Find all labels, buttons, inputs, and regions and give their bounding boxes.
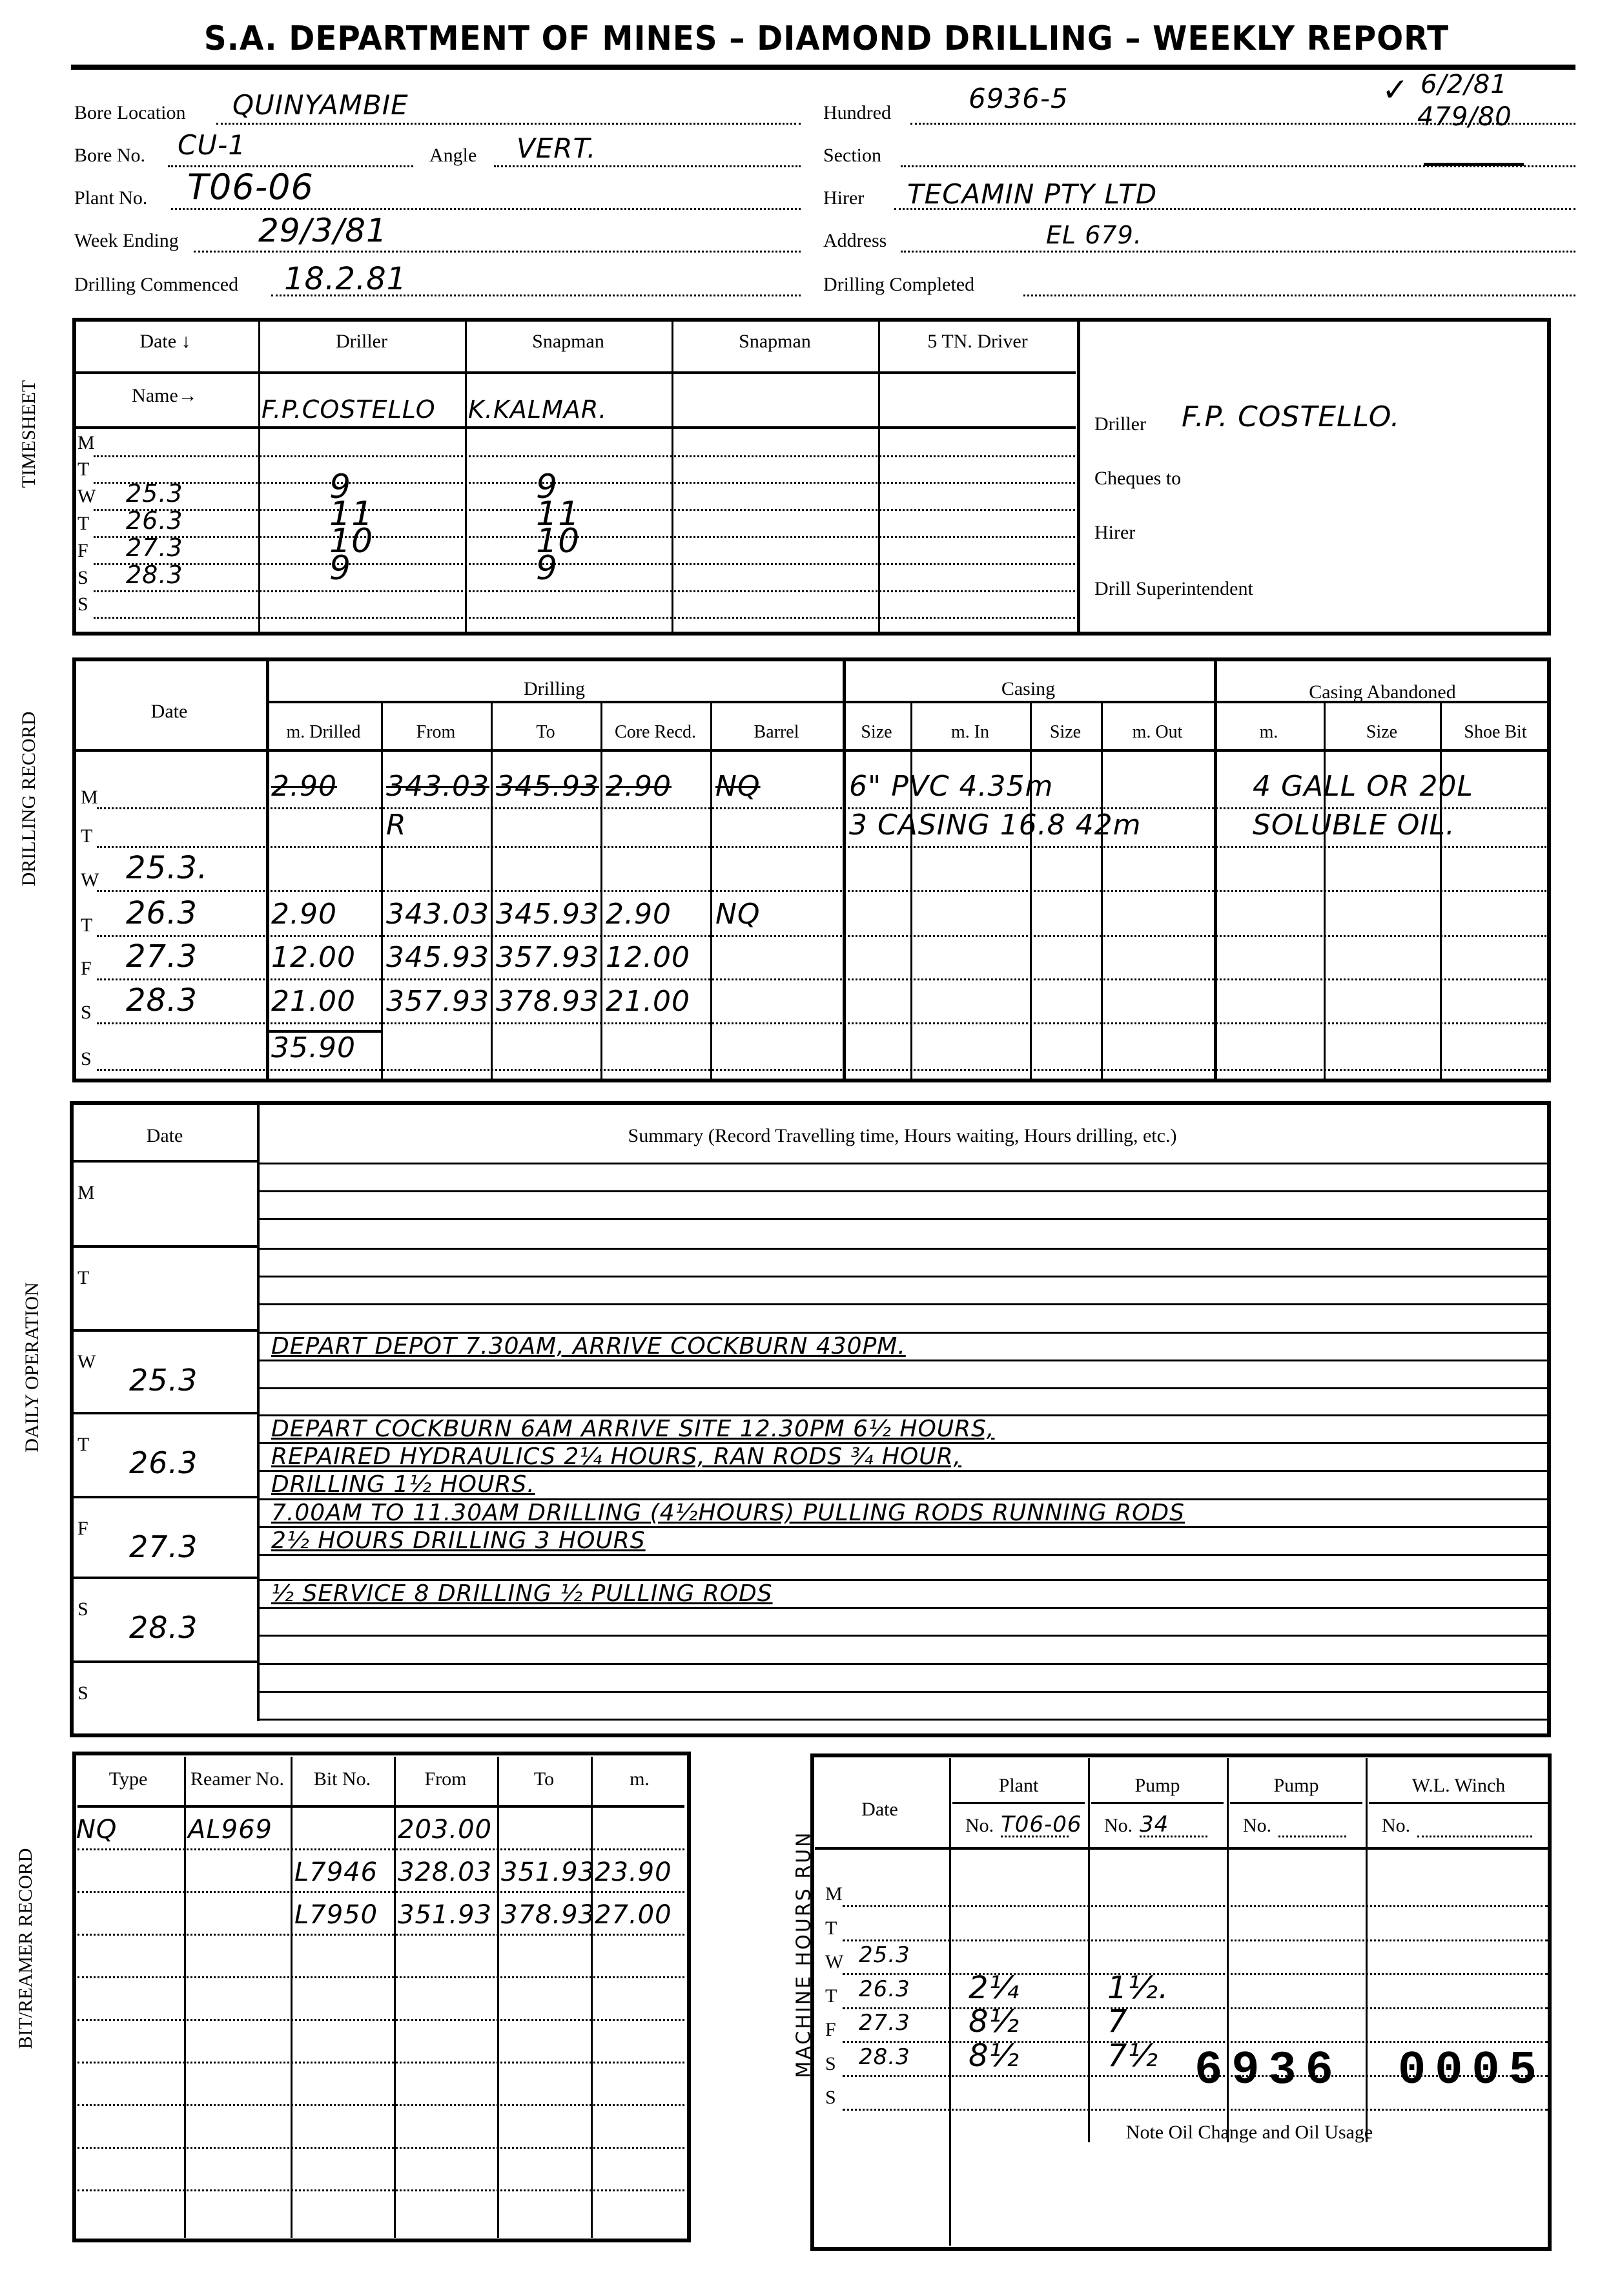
ts-superintendent-label: Drill Superintendent [1094,578,1253,600]
dr-date-field[interactable]: 25.3. [126,850,208,886]
plant-no-label: Plant No. [74,187,147,209]
dr-row-line [97,890,1546,892]
dr-m-drilled-field[interactable]: 2.90 [271,898,337,931]
section-label: Section [823,145,881,167]
dr-col-header: m. In [910,722,1030,743]
do-date-header: Date [72,1125,257,1147]
ts-name-field[interactable]: F.P.COSTELLO [262,395,436,424]
mh-col-divider [1088,1758,1090,2142]
dr-group-rule [266,701,1548,703]
br-row-line [77,1934,684,1936]
br-row-line [77,2019,684,2021]
do-summary-line [260,1663,1550,1665]
ts-hours-field[interactable]: 9 [536,549,558,588]
dr-col-header: Size [843,722,910,743]
ts-col-header: 5 TN. Driver [878,331,1077,353]
dr-core-field[interactable]: 2.90 [606,898,672,931]
br-col-divider [184,1757,186,2238]
mh-no-field[interactable]: 34 [1140,1812,1169,1837]
do-day-label: F [77,1518,88,1540]
drilling-record-table [72,657,1551,1082]
mh-row-line [843,2109,1548,2111]
drilling-completed-label: Drilling Completed [823,274,974,296]
timesheet-table [72,318,1551,636]
mh-row-line [843,1973,1548,1975]
section-dash [1424,163,1524,166]
br-col-header: From [394,1770,497,1789]
ts-day-label: W [77,486,96,508]
dr-row-line [97,935,1546,937]
dr-m-drilled-field[interactable]: 35.90 [271,1031,356,1064]
bore-location-line [216,123,801,125]
ts-name-label: Name→ [84,385,245,407]
mh-day-label: T [825,1918,837,1939]
plant-no-line [171,208,801,210]
dr-group-abandoned: Casing Abandoned [1214,681,1551,703]
mh-hours-field[interactable]: 1½. [1107,1970,1169,2006]
do-summary-line [260,1607,1550,1609]
dr-day-label: W [81,869,99,891]
dr-row-line [97,978,1546,980]
dr-core-field[interactable]: 21.00 [606,985,690,1018]
bore-location-label: Bore Location [74,102,185,124]
dr-from-field[interactable]: 343.03 [386,770,489,803]
mh-hours-field[interactable]: 7½ [1107,2038,1158,2074]
do-day-label: T [77,1267,89,1289]
week-ending-label: Week Ending [74,230,179,252]
br-row-line [77,2062,684,2063]
dr-row-line [97,1022,1546,1024]
dr-col-header: Size [1030,722,1101,743]
hundred-line [910,123,1575,125]
mh-col-header: W.L. Winch [1366,1775,1552,1797]
mh-date-field[interactable]: 27.3 [859,2010,910,2036]
do-date-field[interactable]: 28.3 [129,1610,198,1645]
mh-day-label: S [825,2087,836,2109]
timesheet-section-label: TIMESHEET [18,357,40,512]
do-date-field[interactable]: 26.3 [129,1445,198,1480]
dr-barrel-field[interactable]: NQ [715,770,761,803]
ts-day-label: T [77,459,89,481]
dr-casing-note[interactable]: 3 CASING 16.8 42m [849,809,1142,842]
ts-driller-label: Driller [1094,413,1146,435]
mh-stamp-right: 0005 [1398,2044,1546,2097]
do-day-rule [72,1660,257,1663]
dr-casing-note[interactable]: 6" PVC 4.35m [849,770,1053,803]
mh-date-field[interactable]: 25.3 [859,1942,910,1968]
angle-field[interactable]: VERT. [517,132,596,164]
do-date-field[interactable]: 25.3 [129,1363,198,1398]
mh-row-line [843,2041,1548,2043]
do-day-label: M [77,1182,95,1204]
angle-line [494,165,801,167]
br-col-header: To [497,1770,591,1789]
checkmark-icon: ✓ [1382,71,1409,109]
dr-abandoned-note[interactable]: 4 GALL OR 20L [1253,770,1473,803]
do-summary-text[interactable]: ½ SERVICE 8 DRILLING ½ PULLING RODS [271,1580,773,1607]
dr-m-drilled-field[interactable]: 2.90 [271,770,337,803]
br-row-line [77,1976,684,1978]
plant-no-field[interactable]: T06-06 [187,167,314,207]
do-summary-line [260,1554,1550,1556]
dr-abandoned-note[interactable]: SOLUBLE OIL. [1253,809,1455,842]
dr-m-drilled-field[interactable]: 21.00 [271,985,356,1018]
mh-col-header: Plant [949,1775,1088,1797]
dr-date-field[interactable]: 26.3 [126,895,198,931]
mh-note: Note Oil Change and Oil Usage [949,2122,1550,2144]
mh-subheader-rule [1230,1802,1362,1804]
ts-date-field[interactable]: 26.3 [126,506,183,535]
bit-reamer-table [72,1752,691,2242]
dr-from-field[interactable]: 343.03 [386,898,489,931]
title-rule [71,65,1575,70]
dr-to-field[interactable]: 345.93 [496,898,599,931]
br-row-line [77,2147,684,2149]
do-summary-line [260,1163,1550,1164]
mh-hours-field[interactable]: 2¼ [969,1970,1020,2006]
ts-row-line [94,536,1075,538]
mh-no-line [1417,1836,1532,1837]
dr-date-field[interactable]: 28.3 [126,982,198,1019]
ts-date-field[interactable]: 27.3 [126,533,183,562]
do-day-rule [72,1577,257,1579]
mh-day-label: W [825,1951,843,1973]
dr-barrel-field[interactable]: NQ [715,898,761,931]
ts-col-divider [672,322,673,632]
do-day-rule [72,1160,257,1163]
mh-no-line [1278,1836,1346,1837]
br-row-line [77,2104,684,2106]
mh-no-label: No. [1382,1815,1410,1837]
dr-row-line [97,1069,1546,1071]
mh-subheader-rule [1091,1802,1224,1804]
ts-col-header: Snapman [672,331,878,353]
dr-core-field[interactable]: 2.90 [606,770,672,803]
br-cell[interactable]: 351.93 [398,1900,492,1930]
dr-date-field[interactable]: 27.3 [126,938,198,975]
do-summary-text[interactable]: DEPART COCKBURN 6AM ARRIVE SITE 12.30PM … [271,1416,994,1442]
drilling-commenced-field[interactable]: 18.2.81 [284,261,407,297]
angle-label: Angle [429,145,477,167]
mh-row-line [843,1939,1548,1941]
corner-note-bottom: 479/80 [1417,102,1512,132]
ts-hirer-label: Hirer [1094,522,1135,544]
br-row-line [77,1891,684,1893]
ts-hours-field[interactable]: 9 [329,549,351,588]
form-title: S.A. DEPARTMENT OF MINES – DIAMOND DRILL… [202,19,1451,58]
bore-location-field[interactable]: QUINYAMBIE [232,89,409,121]
br-cell[interactable]: AL969 [188,1815,272,1845]
br-col-header: m. [591,1770,688,1789]
do-summary-line [260,1635,1550,1637]
mh-subheader-rule [952,1802,1085,1804]
mh-col-header: Pump [1227,1775,1366,1797]
dr-col-header: From [381,722,491,743]
do-summary-line [260,1218,1550,1220]
daily-operation-section-label: DAILY OPERATION [21,1274,43,1461]
do-day-rule [72,1412,257,1414]
do-day-rule [72,1245,257,1248]
dr-header-rule [76,749,1548,752]
dr-from-field[interactable]: 345.93 [386,941,489,974]
ts-col-divider [878,322,880,632]
dr-col-header: m. Drilled [266,722,381,743]
dr-col-header: m. Out [1101,722,1214,743]
do-summary-text[interactable]: 2½ HOURS DRILLING 3 HOURS [271,1527,646,1554]
mh-col-header: Pump [1088,1775,1227,1797]
ts-day-label: F [77,540,88,562]
drilling-completed-line [1023,295,1575,296]
mh-hours-field[interactable]: 7 [1107,2003,1128,2040]
mh-day-label: M [825,1883,843,1905]
ts-row-line [94,482,1075,484]
mh-stamp-left: 6936 [1195,2044,1342,2097]
dr-day-label: S [81,1048,92,1070]
dr-group-casing: Casing [843,678,1214,700]
ts-name-rule [76,426,1076,429]
mh-date-field[interactable]: 26.3 [859,1976,910,2002]
br-col-header: Reamer No. [184,1770,291,1789]
do-summary-text[interactable]: REPAIRED HYDRAULICS 2¼ HOURS, RAN RODS ¾… [271,1443,961,1470]
dr-m-drilled-field[interactable]: 12.00 [271,941,356,974]
dr-day-label: F [81,958,92,980]
address-line [901,251,1575,253]
br-cell[interactable]: NQ [76,1815,117,1845]
ts-col-header: Snapman [465,331,672,353]
mh-day-label: T [825,1985,837,2007]
br-header-rule [77,1805,684,1808]
mh-day-label: F [825,2019,836,2041]
mh-date-field[interactable]: 28.3 [859,2044,910,2070]
ts-header-rule [76,371,1076,374]
ts-row-line [94,455,1075,457]
dr-group-drilling: Drilling [266,678,843,700]
dr-total-rule [266,1030,382,1033]
do-col-divider [257,1104,260,1721]
week-ending-field[interactable]: 29/3/81 [258,212,387,249]
dr-date-header: Date [72,701,266,723]
ts-col-divider [465,322,467,632]
ts-name-field[interactable]: K.KALMAR. [468,395,607,424]
do-summary-line [260,1276,1550,1277]
br-cell[interactable]: 27.00 [595,1900,672,1930]
do-day-label: W [77,1351,96,1373]
address-label: Address [823,230,887,252]
ts-driller-field[interactable]: F.P. COSTELLO. [1182,400,1400,433]
br-cell[interactable]: 23.90 [595,1857,672,1887]
do-date-field[interactable]: 27.3 [129,1529,198,1564]
br-col-divider [591,1757,593,2238]
mh-day-label: S [825,2053,836,2075]
mh-header-rule [815,1847,1548,1850]
br-row-line [77,2189,684,2191]
dr-row-line [97,846,1546,848]
br-col-divider [394,1757,396,2238]
dr-to-field[interactable]: 357.93 [496,941,599,974]
br-col-divider [291,1757,292,2238]
mh-col-divider [1366,1758,1368,2142]
ts-cheques-label: Cheques to [1094,468,1181,490]
do-summary-text[interactable]: DEPART DEPOT 7.30AM, ARRIVE COCKBURN 430… [271,1333,906,1360]
ts-date-field[interactable]: 28.3 [126,561,183,589]
do-summary-line [260,1691,1550,1693]
br-cell[interactable]: 203.00 [398,1815,492,1845]
dr-core-field[interactable]: 12.00 [606,941,690,974]
ts-day-label: T [77,513,89,535]
ts-col-divider [258,322,260,632]
hirer-field[interactable]: TECAMIN PTY LTD [907,178,1157,210]
br-col-divider [497,1757,499,2238]
ts-row-line [94,617,1075,619]
br-cell[interactable]: 351.93 [501,1857,595,1887]
dr-day-label: M [81,787,98,809]
br-row-line [77,1848,684,1850]
dr-col-header: m. [1214,722,1324,743]
mh-no-field[interactable]: T06-06 [1001,1812,1082,1837]
do-summary-line [260,1303,1550,1305]
br-cell[interactable]: L7946 [294,1857,378,1887]
dr-to-field[interactable]: 378.93 [496,985,599,1018]
dr-col-header: Barrel [710,722,843,743]
drilling-record-section-label: DRILLING RECORD [18,705,40,893]
mh-no-label: No. [965,1815,994,1837]
mh-no-label: No. [1243,1815,1271,1837]
machine-hours-table [810,1753,1552,2251]
do-day-rule [72,1496,257,1498]
dr-col-header: Core Recd. [600,722,710,743]
br-cell[interactable]: 328.03 [398,1857,492,1887]
mh-hours-field[interactable]: 8½ [969,2038,1020,2074]
do-day-rule [72,1329,257,1332]
drilling-commenced-label: Drilling Commenced [74,274,238,296]
do-day-label: S [77,1598,88,1620]
br-cell[interactable]: L7950 [294,1900,378,1930]
do-summary-text[interactable]: 7.00AM TO 11.30AM DRILLING (4½HOURS) PUL… [271,1500,1185,1526]
ts-day-label: S [77,567,88,589]
do-summary-line [260,1360,1550,1361]
br-cell[interactable]: 378.93 [501,1900,595,1930]
hundred-field[interactable]: 6936-5 [969,83,1069,114]
corner-note-top: 6/2/81 [1421,70,1508,99]
ts-day-label: M [77,432,95,454]
do-summary-line [260,1190,1550,1192]
mh-row-line [843,2007,1548,2009]
dr-day-label: T [81,915,92,936]
do-summary-header: Summary (Record Travelling time, Hours w… [258,1125,1546,1147]
mh-hours-field[interactable]: 8½ [969,2003,1020,2040]
week-ending-line [194,251,801,253]
address-field[interactable]: EL 679. [1046,221,1142,249]
do-summary-line [260,1719,1550,1721]
ts-date-field[interactable]: 25.3 [126,479,183,508]
mh-col-divider [949,1758,951,2246]
dr-col-header: Shoe Bit [1440,722,1551,743]
dr-to-field[interactable]: 345.93 [496,770,599,803]
hundred-label: Hundred [823,102,891,124]
do-summary-text[interactable]: DRILLING 1½ HOURS. [271,1471,535,1498]
ts-day-label: S [77,594,88,615]
bit-reamer-section-label: BIT/REAMER RECORD [15,1839,37,2058]
ts-row-line [94,590,1075,592]
dr-from-field[interactable]: R [386,809,407,842]
ts-col-header: Driller [258,331,465,353]
dr-day-label: T [81,825,92,847]
dr-day-label: S [81,1002,92,1024]
ts-col-divider [1077,322,1080,632]
br-col-header: Bit No. [291,1770,394,1789]
bore-no-label: Bore No. [74,145,145,167]
mh-row-line [843,1905,1548,1907]
mh-date-header: Date [810,1799,949,1821]
ts-col-header: Date ↓ [72,331,258,353]
dr-from-field[interactable]: 357.93 [386,985,489,1018]
do-day-label: S [77,1682,88,1704]
bore-no-field[interactable]: CU-1 [178,129,246,161]
ts-row-line [94,563,1075,565]
dr-col-header: Size [1324,722,1440,743]
mh-subheader-rule [1369,1802,1548,1804]
br-col-header: Type [72,1770,184,1789]
mh-no-label: No. [1104,1815,1133,1837]
do-day-label: T [77,1434,89,1456]
dr-col-header: To [491,722,600,743]
do-summary-line [260,1387,1550,1389]
hirer-label: Hirer [823,187,864,209]
ts-row-line [94,509,1075,511]
do-summary-line [260,1248,1550,1250]
